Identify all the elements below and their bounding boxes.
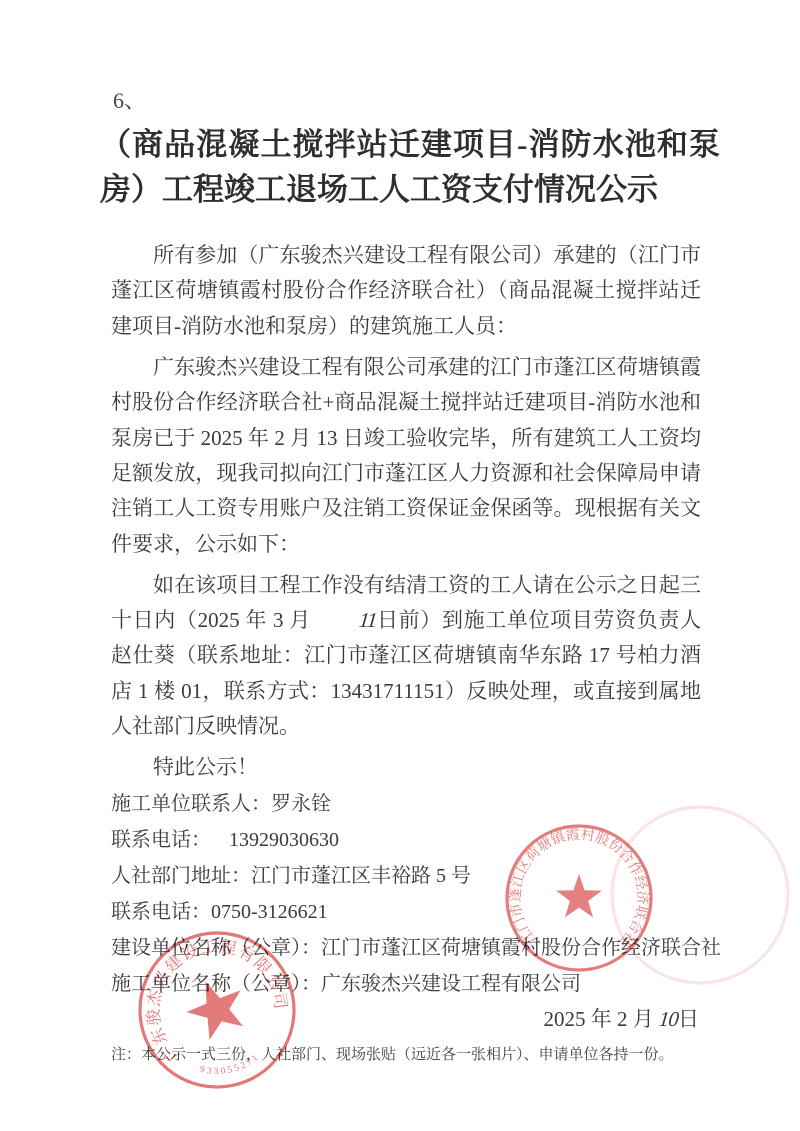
hr-bureau-phone-label: 联系电话： bbox=[111, 901, 211, 923]
paragraph-completion: 广东骏杰兴建设工程有限公司承建的江门市蓬江区荷塘镇霞村股份合作经济联合社+商品混… bbox=[111, 350, 701, 562]
hr-bureau-address-value: 江门市蓬江区丰裕路 5 号 bbox=[251, 865, 471, 887]
hr-bureau-address-line: 人社部门地址：江门市蓬江区丰裕路 5 号 bbox=[111, 858, 701, 894]
contractor-phone-label: 联系电话： bbox=[111, 829, 211, 851]
handwritten-deadline-day: 11 bbox=[315, 603, 378, 638]
contractor-company-line: 施工单位名称（公章）：广东骏杰兴建设工程有限公司 bbox=[111, 966, 701, 1002]
hr-bureau-phone-line: 联系电话：0750-3126621 bbox=[111, 894, 701, 930]
owner-company-value: 江门市蓬江区荷塘镇霞村股份合作经济联合社 bbox=[321, 937, 721, 959]
issue-date-prefix: 2025 年 2 月 bbox=[544, 1007, 660, 1031]
notice-title: （商品混凝土搅拌站迁建项目-消防水池和泵房）工程竣工退场工人工资支付情况公示 bbox=[100, 122, 720, 212]
contact-person-line: 施工单位联系人：罗永铨 bbox=[111, 786, 701, 822]
issue-date: 2025 年 2 月 10日 bbox=[111, 1002, 701, 1036]
contact-person-value: 罗永铨 bbox=[271, 793, 331, 815]
hr-bureau-phone-value: 0750-3126621 bbox=[211, 901, 328, 923]
owner-company-label: 建设单位名称（公章）： bbox=[111, 937, 321, 959]
contractor-company-label: 施工单位名称（公章）： bbox=[111, 973, 321, 995]
owner-company-line: 建设单位名称（公章）：江门市蓬江区荷塘镇霞村股份合作经济联合社 bbox=[111, 930, 701, 966]
handwritten-issue-day: 10 bbox=[657, 1002, 680, 1036]
contact-person-label: 施工单位联系人： bbox=[111, 793, 271, 815]
hr-bureau-address-label: 人社部门地址： bbox=[111, 865, 251, 887]
closing-statement: 特此公示！ bbox=[111, 750, 701, 785]
paragraph-claims: 如在该项目工程工作没有结清工资的工人请在公示之日起三十日内（2025 年 3 月… bbox=[111, 568, 701, 745]
contractor-phone-line: 联系电话：13929030630 bbox=[111, 822, 701, 858]
notice-body: 所有参加（广东骏杰兴建设工程有限公司）承建的（江门市蓬江区荷塘镇霞村股份合作经济… bbox=[111, 238, 701, 1067]
contractor-company-value: 广东骏杰兴建设工程有限公司 bbox=[321, 973, 581, 995]
paragraph-intro: 所有参加（广东骏杰兴建设工程有限公司）承建的（江门市蓬江区荷塘镇霞村股份合作经济… bbox=[111, 238, 701, 344]
item-number: 6、 bbox=[113, 84, 146, 115]
footnote: 注：本公示一式三份，人社部门、现场张贴（远近各一张相片）、申请单位各持一份。 bbox=[111, 1043, 701, 1067]
public-notice-document: 6、 （商品混凝土搅拌站迁建项目-消防水池和泵房）工程竣工退场工人工资支付情况公… bbox=[0, 0, 800, 1131]
issue-date-suffix: 日 bbox=[678, 1007, 699, 1031]
contractor-phone-value: 13929030630 bbox=[229, 829, 339, 851]
